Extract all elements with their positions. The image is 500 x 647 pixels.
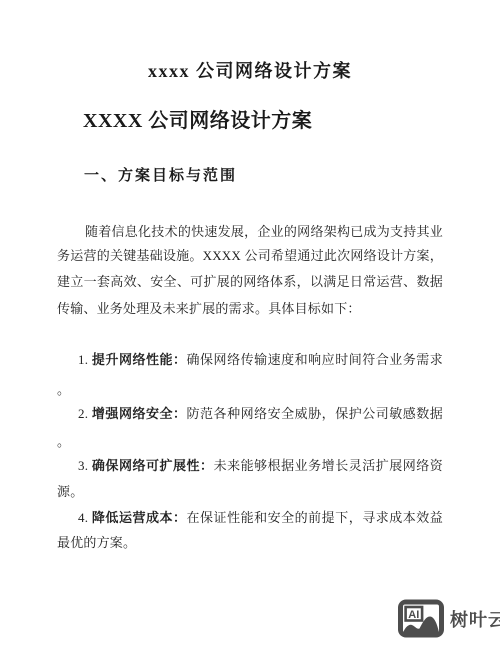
watermark-text: 树叶云 <box>450 606 500 632</box>
goal-number: 1. <box>78 352 92 367</box>
goal-label: 降低运营成本： <box>92 510 187 525</box>
goal-text: 防范各种网络安全威胁，保护公司敏感数据 <box>187 406 443 421</box>
goal-line: 1. 提升网络性能：确保网络传输速度和响应时间符合业务需求 <box>57 350 443 370</box>
goal-text: 确保网络传输速度和响应时间符合业务需求 <box>187 352 443 367</box>
section-heading: 一、方案目标与范围 <box>84 166 237 186</box>
goal-overflow-line: 源。 <box>57 482 443 502</box>
goal-label: 提升网络性能： <box>92 352 187 367</box>
goal-overflow-line: 。 <box>57 380 443 400</box>
document-page: xxxx 公司网络设计方案 XXXX 公司网络设计方案 一、方案目标与范围 随着… <box>0 0 500 647</box>
goal-text: 未来能够根据业务增长灵活扩展网络资 <box>214 458 443 473</box>
intro-line: 传输、业务处理及未来扩展的需求。具体目标如下： <box>57 299 443 319</box>
goal-overflow-line: 最优的方案。 <box>57 533 443 553</box>
goal-number: 2. <box>78 406 92 421</box>
document-title: xxxx 公司网络设计方案 <box>0 59 500 83</box>
goal-line: 4. 降低运营成本：在保证性能和安全的前提下，寻求成本效益 <box>57 508 443 528</box>
goal-line: 3. 确保网络可扩展性：未来能够根据业务增长灵活扩展网络资 <box>57 456 443 476</box>
goal-overflow-line: 。 <box>57 432 443 452</box>
watermark: AI 树叶云 <box>397 597 500 640</box>
intro-line: 建立一套高效、安全、可扩展的网络体系，以满足日常运营、数据 <box>57 272 443 292</box>
document-heading: XXXX 公司网络设计方案 <box>83 108 312 135</box>
watermark-icon-ai-text: AI <box>408 609 419 621</box>
intro-line: 随着信息化技术的快速发展，企业的网络架构已成为支持其业 <box>57 222 443 242</box>
intro-line: 务运营的关键基础设施。XXXX 公司希望通过此次网络设计方案， <box>57 246 443 266</box>
goal-label: 增强网络安全： <box>92 406 187 421</box>
goal-line: 2. 增强网络安全：防范各种网络安全威胁，保护公司敏感数据 <box>57 404 443 424</box>
goal-text: 在保证性能和安全的前提下，寻求成本效益 <box>187 510 443 525</box>
goal-number: 3. <box>78 458 92 473</box>
ai-image-logo-icon: AI <box>397 597 445 640</box>
goal-label: 确保网络可扩展性： <box>92 458 214 473</box>
goal-number: 4. <box>78 510 92 525</box>
